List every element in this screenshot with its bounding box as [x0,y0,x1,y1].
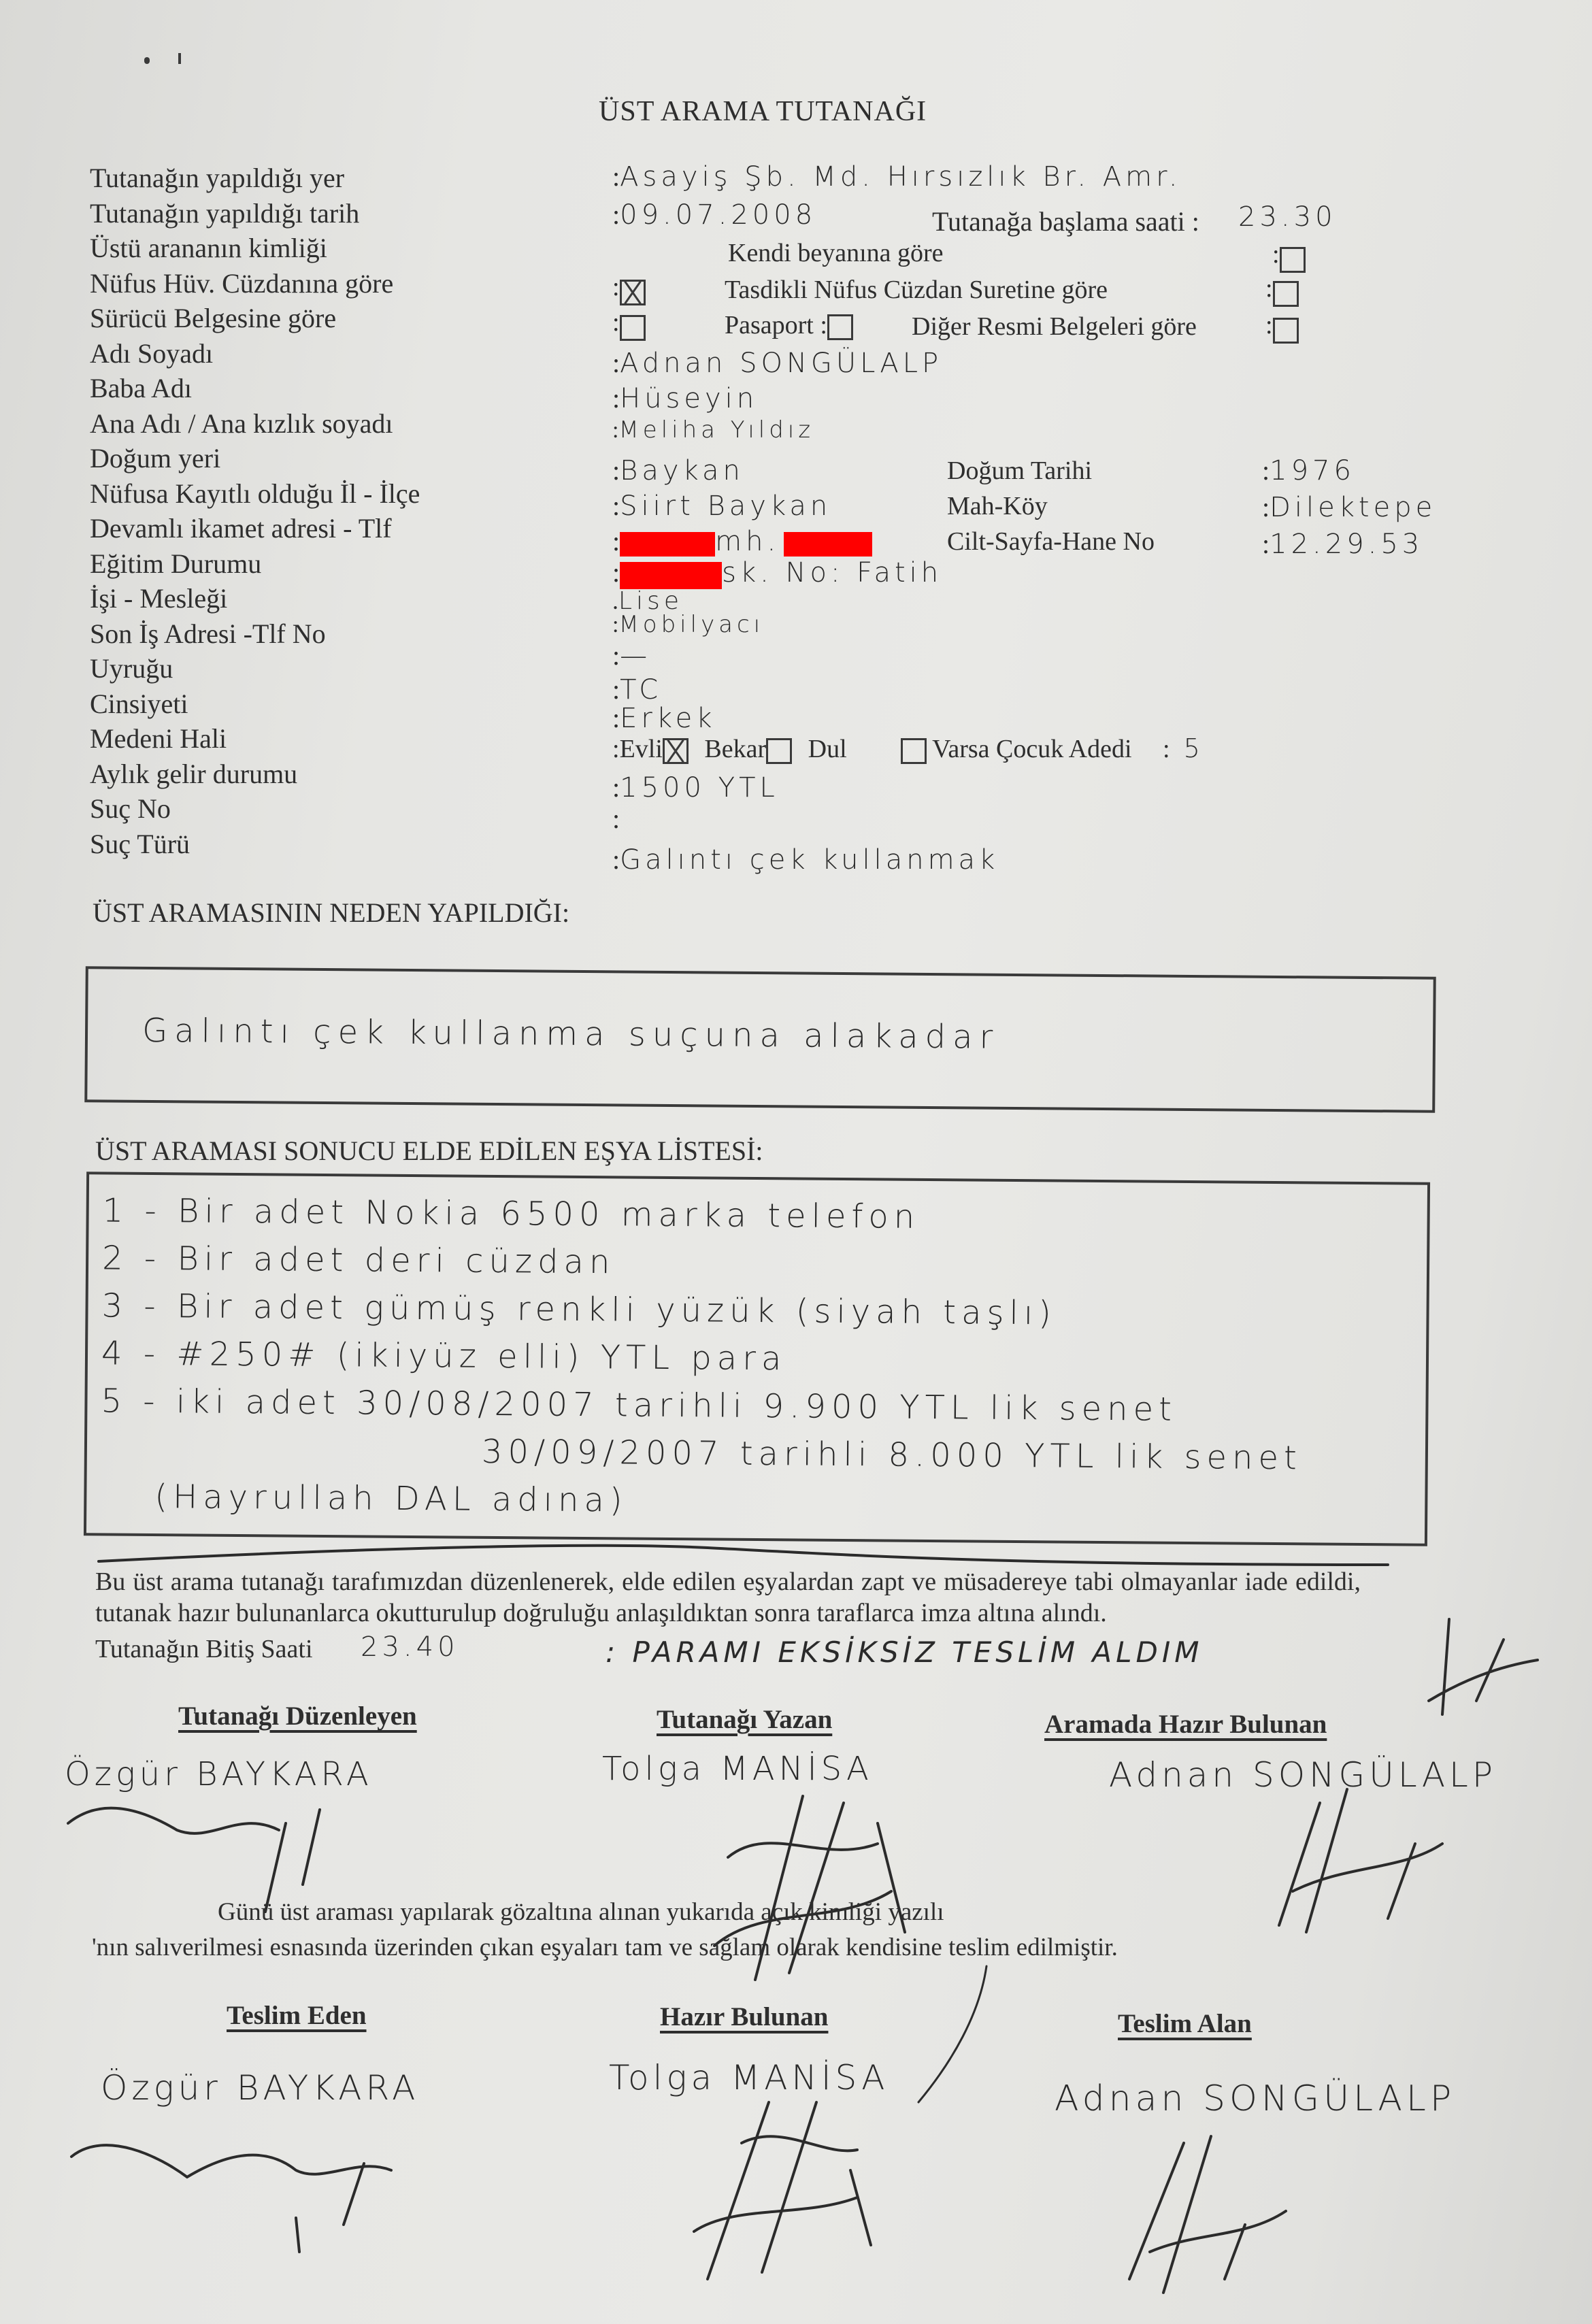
document-title: ÜST ARAMA TUTANAĞI [599,95,927,128]
widowed-label: Dul [808,735,847,763]
label-occupation: İşi - Mesleği [90,581,420,616]
value-address-line2: :sk. No: Fatih [612,557,942,589]
list-item: (Hayrullah DAL adına) [100,1472,1301,1529]
scan-speck [144,57,150,64]
items-list: 1 - Bir adet Nokia 6500 marka telefon 2 … [100,1186,1304,1529]
label-mother-name: Ana Adı / Ana kızlık soyadı [90,406,420,442]
label-marital-status: Medeni Hali [90,721,420,757]
value-monthly-income: :1500 YTL [612,771,779,803]
birth-date-label: Doğum Tarihi [947,456,1092,486]
items-box: 1 - Bir adet Nokia 6500 marka telefon 2 … [84,1172,1430,1546]
label-crime-no: Suç No [90,791,420,827]
certified-copy-checkbox[interactable]: : [1265,273,1299,307]
village-value: :Dilektepe [1262,491,1436,523]
value-gender: :Erkek [612,702,716,734]
value-date: :09.07.2008 [612,199,816,231]
label-driver-license: Sürücü Belgesine göre [90,301,420,336]
value-occupation: :Mobilyacı [612,611,764,638]
village-label: Mah-Köy [947,491,1048,521]
start-time-label: Tutanağa başlama saati : [932,205,1199,237]
delivery-role-1: Teslim Eden [227,2000,367,2031]
label-place: Tutanağın yapıldığı yer [90,161,420,196]
value-mother-name: :Meliha Yıldız [612,416,814,444]
value-place: :Asayiş Şb. Md. Hırsızlık Br. Amr. [612,161,1182,193]
value-full-name: :Adnan SONGÜLALP [612,347,942,379]
label-address: Devamlı ikamet adresi - Tlf [90,511,420,546]
passport-label: Pasaport : [725,310,853,340]
delivery-name-3: Adnan SONGÜLALP [1055,2078,1455,2119]
note-signature [1402,1599,1558,1721]
single-checkbox[interactable] [766,738,792,764]
children-label: Varsa Çocuk Adedi [932,735,1131,763]
label-nationality: Uyruğu [90,651,420,686]
married-label: Evli [620,735,663,763]
label-education: Eğitim Durumu [90,546,420,582]
label-gender: Cinsiyeti [90,686,420,722]
id-card-checkbox[interactable]: : [612,272,646,305]
start-time-value: 23.30 [1238,201,1337,233]
end-time-label: Tutanağın Bitiş Saati [95,1634,313,1664]
label-work-address: Son İş Adresi -Tlf No [90,616,420,652]
field-labels: Tutanağın yapıldığı yer Tutanağın yapıld… [90,161,420,861]
delivery-mark-2 [680,2075,912,2293]
signature-mark-3 [1265,1782,1483,1946]
other-official-label: Diğer Resmi Belgeleri göre [912,312,1197,342]
value-birthplace: :Baykan [612,454,744,486]
reason-heading: ÜST ARAMASININ NEDEN YAPILDIĞI: [93,897,569,929]
signature-role-2: Tutanağı Yazan [657,1704,832,1735]
label-id-card: Nüfus Hüv. Cüzdanına göre [90,266,420,301]
label-birthplace: Doğum yeri [90,441,420,476]
passport-checkbox[interactable] [827,314,853,340]
children-checkbox[interactable] [901,738,927,764]
own-statement-label: Kendi beyanına göre [728,238,944,268]
value-work-address: :— [612,640,651,671]
registry-label: Cilt-Sayfa-Hane No [947,527,1155,557]
label-crime-type: Suç Türü [90,827,420,862]
reason-text: Galıntı çek kullanma suçuna alakadar [142,1012,1000,1057]
reason-box: Galıntı çek kullanma suçuna alakadar [84,966,1436,1113]
list-item: 5 - iki adet 30/08/2007 tarihli 9.900 YT… [101,1377,1302,1434]
value-crime-no: : [612,803,620,835]
children-value: 5 [1184,733,1204,763]
signature-role-3: Aramada Hazır Bulunan [1044,1709,1327,1740]
value-father-name: :Hüseyin [612,382,758,414]
marital-row: :Evli Bekar Dul Varsa Çocuk Adedi :5 [612,733,1204,764]
delivery-role-3: Teslim Alan [1118,2008,1252,2039]
signature-role-1: Tutanağı Düzenleyen [178,1701,417,1731]
birth-date-value: :1976 [1262,454,1355,486]
delivery-mark-3 [1109,2129,1313,2306]
driver-license-checkbox[interactable]: : [612,308,646,341]
label-full-name: Adı Soyadı [90,336,420,371]
label-registry-province: Nüfusa Kayıtlı olduğu İl - İlçe [90,476,420,512]
value-registry-province: :Siirt Baykan [612,490,831,522]
label-date: Tutanağın yapıldığı tarih [90,196,420,231]
label-monthly-income: Aylık gelir durumu [90,757,420,792]
value-address: :mh. [612,525,872,557]
scan-speck [178,53,181,64]
single-label: Bekar [704,735,766,763]
married-checkbox[interactable] [663,738,689,764]
stray-line [912,1959,1007,2109]
closing-paragraph: Bu üst arama tutanağı tarafımızdan düzen… [95,1566,1361,1629]
registry-value: :12.29.53 [1262,528,1423,560]
delivery-name-1: Özgür BAYKARA [101,2068,419,2108]
label-father-name: Baba Adı [90,371,420,406]
own-statement-checkbox[interactable]: : [1272,239,1306,273]
other-official-checkbox[interactable]: : [1265,310,1299,344]
delivery-mark-1 [65,2116,418,2272]
end-time-value: 23.40 [361,1631,459,1663]
delivery-role-2: Hazır Bulunan [660,2002,828,2032]
value-nationality: :TC [612,674,662,705]
certified-copy-label: Tasdikli Nüfus Cüzdan Suretine göre [725,275,1108,305]
handwritten-note: : PARAMI EKSİKSİZ TESLİM ALDIM [606,1636,1204,1669]
value-crime-type: :Galıntı çek kullanmak [612,844,999,876]
items-heading: ÜST ARAMASI SONUCU ELDE EDİLEN EŞYA LİST… [95,1135,763,1167]
label-identity: Üstü arananın kimliği [90,231,420,266]
release-paragraph-line1: Günü üst araması yapılarak gözaltına alı… [218,1897,944,1928]
